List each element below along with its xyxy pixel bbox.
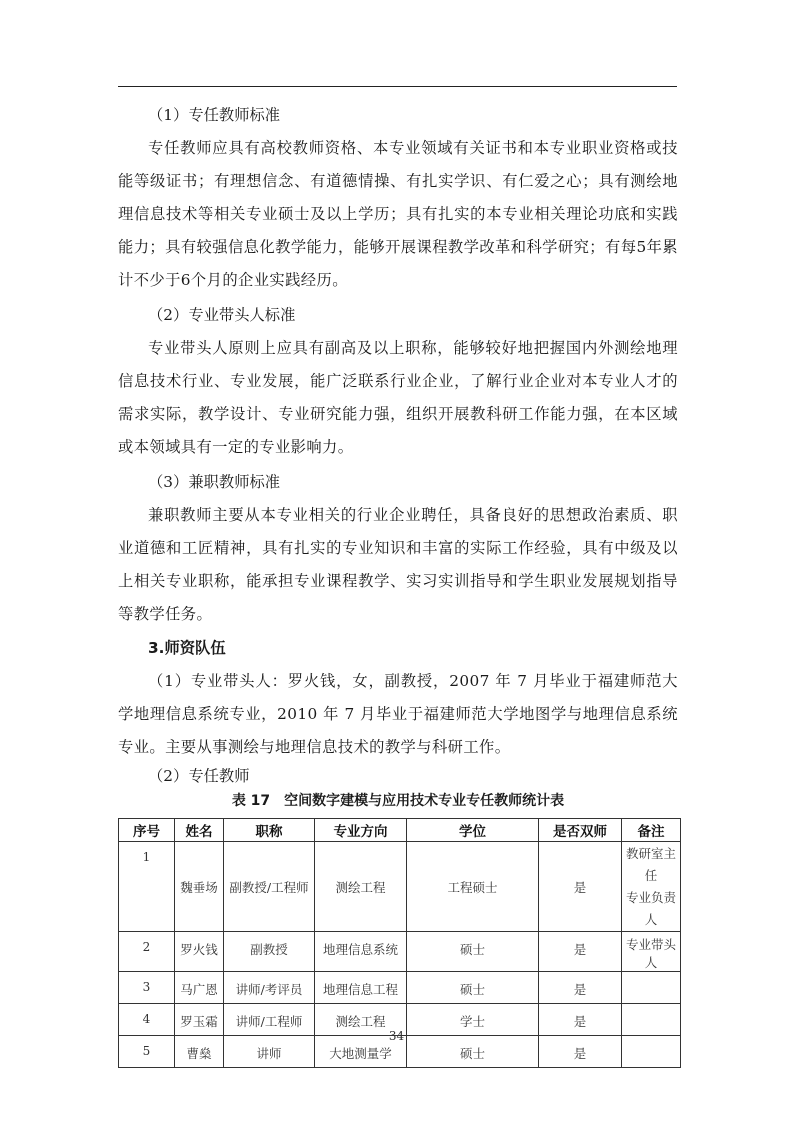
cell-dual: 是 — [539, 842, 622, 932]
paragraph-program-leader: （1）专业带头人：罗火钱，女，副教授，2007 年 7 月毕业于福建师范大学地理… — [118, 665, 678, 764]
cell-dual: 是 — [539, 972, 622, 1004]
cell-major: 地理信息工程 — [315, 972, 407, 1004]
table-row: 1 魏垂场 副教授/工程师 测绘工程 工程硕士 是 教研室主任 专业负责人 — [119, 842, 681, 932]
cell-major: 测绘工程 — [315, 842, 407, 932]
cell-degree: 硕士 — [407, 932, 539, 972]
cell-no: 1 — [119, 842, 175, 932]
cell-title: 讲师/考评员 — [224, 972, 315, 1004]
cell-major: 地理信息系统 — [315, 932, 407, 972]
paragraph-parttime-standard: 兼职教师主要从本专业相关的行业企业聘任，具备良好的思想政治素质、职业道德和工匠精… — [118, 499, 678, 631]
table-row: 2 罗火钱 副教授 地理信息系统 硕士 是 专业带头人 — [119, 932, 681, 972]
paragraph-fulltime-standard: 专任教师应具有高校教师资格、本专业领域有关证书和本专业职业资格或技能等级证书；有… — [118, 132, 678, 297]
cell-dual: 是 — [539, 932, 622, 972]
table-row: 3 马广恩 讲师/考评员 地理信息工程 硕士 是 — [119, 972, 681, 1004]
section-heading-faculty-team: 3.师资队伍 — [148, 632, 226, 665]
cell-degree: 硕士 — [407, 972, 539, 1004]
page-number: 34 — [0, 1029, 793, 1043]
header-major: 专业方向 — [315, 819, 407, 842]
header-degree: 学位 — [407, 819, 539, 842]
section-heading-leader-standard: （2）专业带头人标准 — [148, 299, 295, 332]
header-title: 职称 — [224, 819, 315, 842]
cell-note: 专业带头人 — [622, 932, 681, 972]
cell-degree: 工程硕士 — [407, 842, 539, 932]
header-dual: 是否双师 — [539, 819, 622, 842]
cell-title: 副教授 — [224, 932, 315, 972]
cell-name: 马广恩 — [175, 972, 224, 1004]
cell-title: 副教授/工程师 — [224, 842, 315, 932]
section-heading-fulltime-standard: （1）专任教师标准 — [148, 99, 280, 132]
cell-no: 3 — [119, 972, 175, 1004]
cell-name: 罗火钱 — [175, 932, 224, 972]
section-heading-parttime-standard: （3）兼职教师标准 — [148, 466, 280, 499]
table-header-row: 序号 姓名 职称 专业方向 学位 是否双师 备注 — [119, 819, 681, 842]
header-note: 备注 — [622, 819, 681, 842]
paragraph-leader-standard: 专业带头人原则上应具有副高及以上职称，能够较好地把握国内外测绘地理信息技术行业、… — [118, 332, 678, 464]
header-rule — [118, 86, 677, 87]
cell-name: 魏垂场 — [175, 842, 224, 932]
section-heading-fulltime-teachers: （2）专任教师 — [148, 764, 250, 788]
cell-note — [622, 972, 681, 1004]
header-no: 序号 — [119, 819, 175, 842]
note-line: 专业负责人 — [622, 887, 680, 931]
note-line: 教研室主任 — [622, 843, 680, 887]
header-name: 姓名 — [175, 819, 224, 842]
cell-note: 教研室主任 专业负责人 — [622, 842, 681, 932]
cell-no: 2 — [119, 932, 175, 972]
table-caption: 表 17 空间数字建模与应用技术专业专任教师统计表 — [118, 789, 678, 813]
